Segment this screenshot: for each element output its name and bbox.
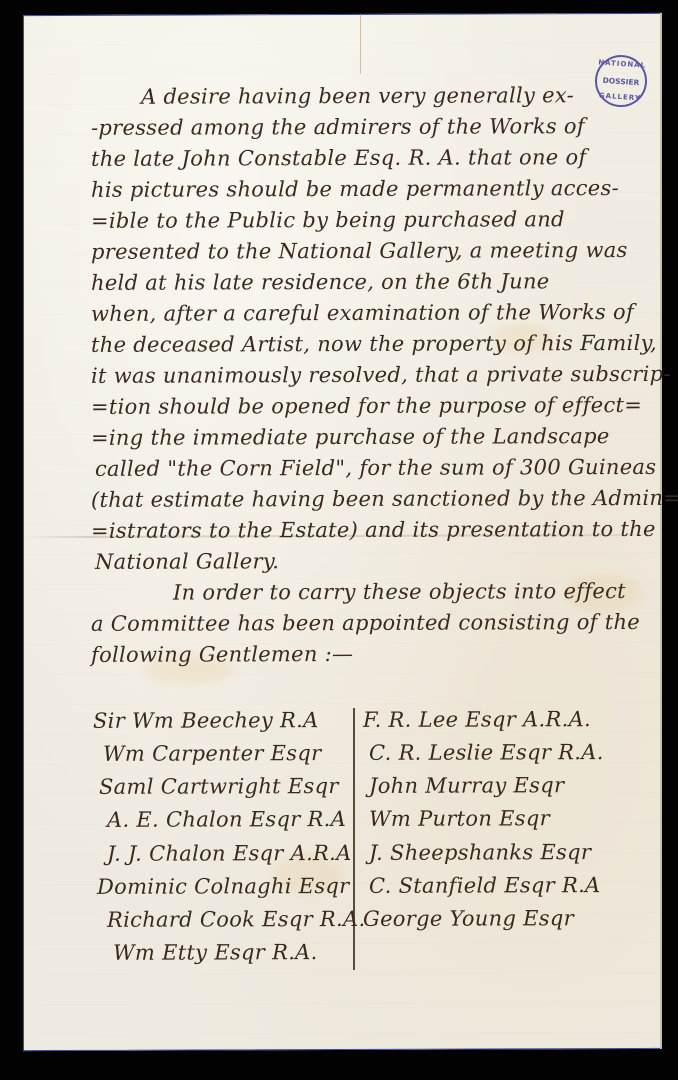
stamp-middle-text: DOSSIER — [597, 75, 646, 87]
committee-list-right: F. R. Lee Esqr A.R.A. C. R. Leslie Esqr … — [23, 13, 662, 15]
committee-member: Dominic Colnaghi Esqr — [97, 874, 350, 899]
text-line: a Committee has been appointed consistin… — [91, 610, 640, 636]
text-line: following Gentlemen :— — [91, 642, 353, 667]
text-line: (that estimate having been sanctioned by… — [91, 486, 678, 512]
committee-member: Sir Wm Beechey R.A — [93, 708, 319, 733]
text-line: it was unanimously resolved, that a priv… — [91, 362, 671, 388]
committee-member: Richard Cook Esqr R.A. — [107, 907, 365, 932]
committee-member: John Murray Esqr — [369, 773, 564, 798]
committee-member: Saml Cartwright Esqr — [99, 774, 339, 799]
vertical-fold-crease — [360, 14, 361, 74]
manuscript-page: NATIONAL DOSSIER GALLERY A desire having… — [23, 13, 662, 1051]
committee-member: J. J. Chalon Esqr A.R.A — [107, 841, 352, 866]
text-line: A desire having been very generally ex- — [141, 83, 574, 109]
paragraph-1: A desire having been very generally ex- … — [23, 13, 662, 15]
committee-member: F. R. Lee Esqr A.R.A. — [363, 707, 591, 732]
document-viewer: NATIONAL DOSSIER GALLERY A desire having… — [0, 0, 678, 1080]
text-line: the deceased Artist, now the property of… — [91, 331, 657, 357]
committee-member: C. Stanfield Esqr R.A — [369, 873, 601, 898]
text-line: when, after a careful examination of the… — [91, 300, 634, 326]
committee-member: J. Sheepshanks Esqr — [369, 840, 591, 865]
stamp-top-text: NATIONAL — [598, 58, 646, 69]
text-line: =tion should be opened for the purpose o… — [91, 393, 642, 419]
committee-member: Wm Carpenter Esqr — [103, 741, 321, 766]
committee-member: A. E. Chalon Esqr R.A — [107, 807, 346, 832]
text-line: the late John Constable Esq. R. A. that … — [91, 145, 587, 171]
text-line: In order to carry these objects into eff… — [173, 579, 626, 605]
text-line: -pressed among the admirers of the Works… — [91, 114, 585, 140]
stamp-bottom-text: GALLERY — [596, 91, 644, 102]
committee-list-left: Sir Wm Beechey R.A Wm Carpenter Esqr Sam… — [23, 13, 662, 15]
committee-member: Wm Purton Esqr — [369, 806, 550, 831]
committee-member: C. R. Leslie Esqr R.A. — [369, 740, 604, 765]
text-line: held at his late residence, on the 6th J… — [91, 269, 550, 295]
text-line: called "the Corn Field", for the sum of … — [95, 455, 656, 481]
text-line: National Gallery. — [95, 549, 279, 574]
text-line: =istrators to the Estate) and its presen… — [91, 517, 656, 543]
text-line: =ible to the Public by being purchased a… — [91, 207, 565, 233]
paragraph-2: In order to carry these objects into eff… — [23, 13, 662, 15]
text-line: his pictures should be made permanently … — [91, 176, 619, 202]
national-gallery-dossier-stamp: NATIONAL DOSSIER GALLERY — [593, 53, 649, 108]
text-line: =ing the immediate purchase of the Lands… — [91, 424, 610, 450]
text-line: presented to the National Gallery, a mee… — [91, 238, 628, 264]
committee-member: George Young Esqr — [363, 906, 574, 931]
committee-member: Wm Etty Esqr R.A. — [113, 940, 318, 965]
